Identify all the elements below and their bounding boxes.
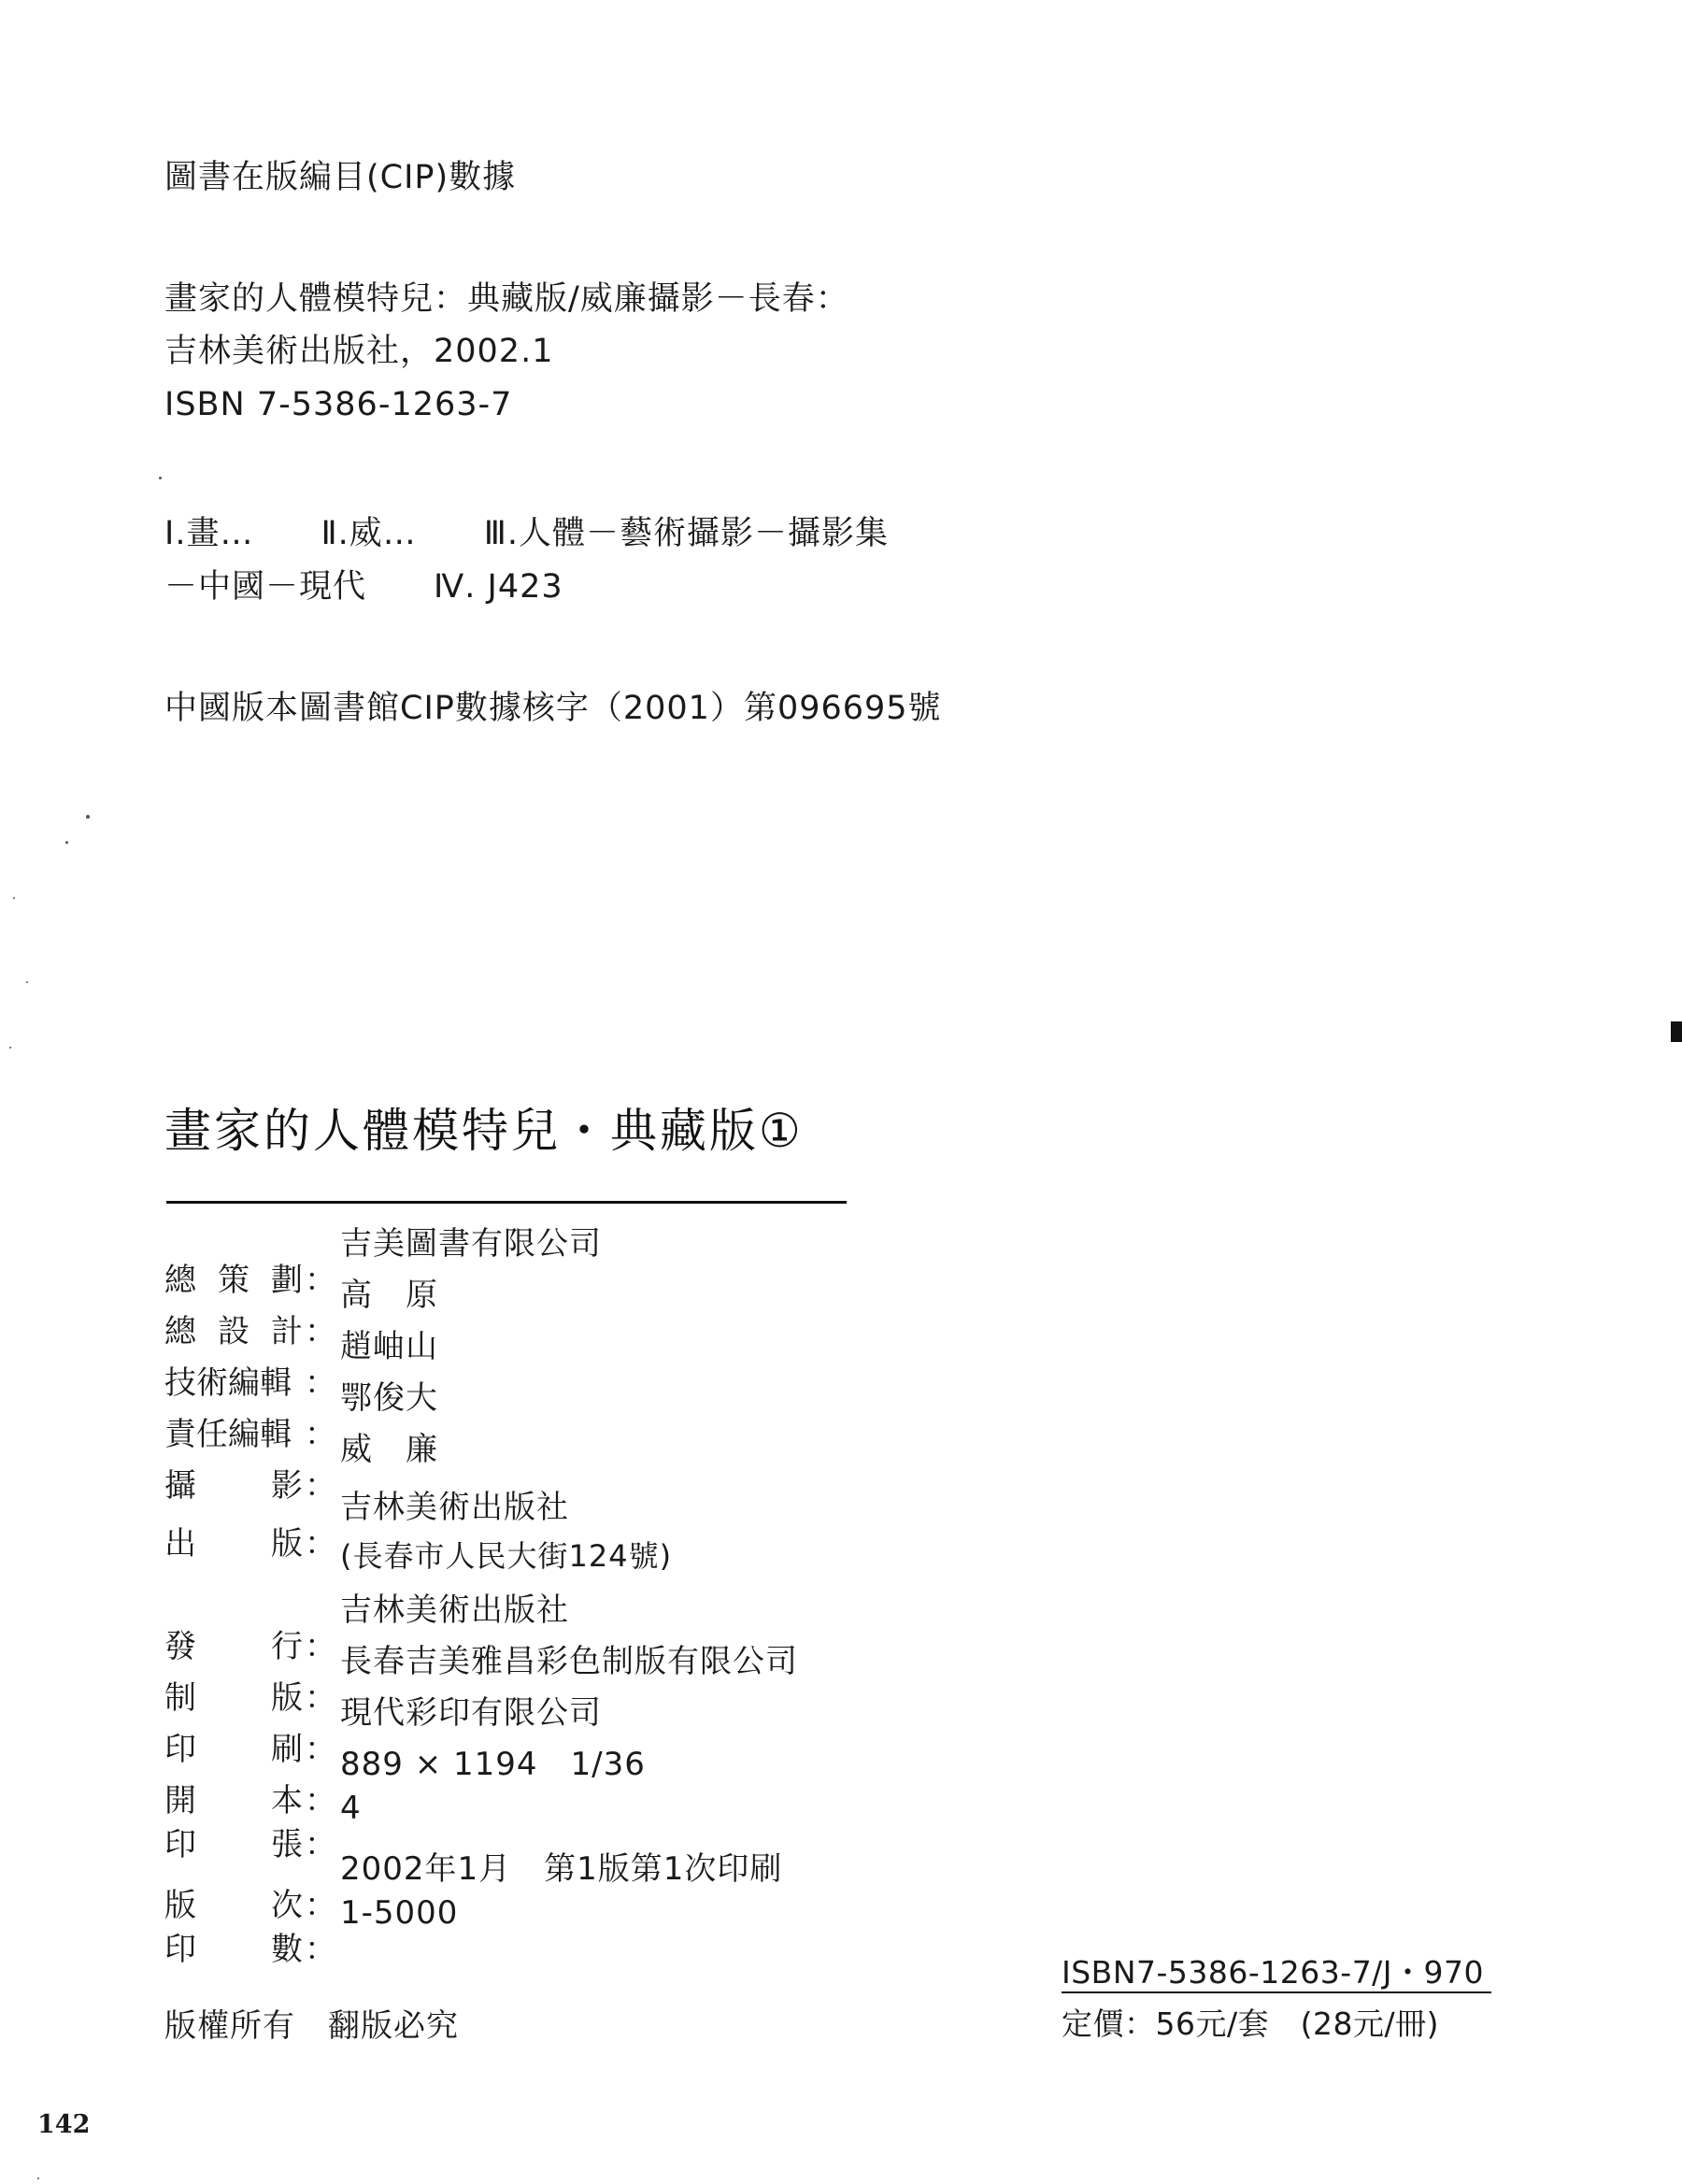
credit-value: 高 原 <box>340 1269 438 1315</box>
credit-row-format: 開 本 ： 889 × 1194 1/36 <box>164 1738 646 1784</box>
cip-subjects-line-1: Ⅰ.畫… Ⅱ.威… Ⅲ.人體－藝術攝影－攝影集 <box>164 507 889 554</box>
credit-row-printing: 印 刷 ： 現代彩印有限公司 <box>164 1687 602 1733</box>
page-number: 142 <box>37 2110 90 2139</box>
credit-row-publisher: 出 版 ： 吉林美術出版社 <box>164 1481 569 1527</box>
speck-mark <box>65 841 68 844</box>
credit-value: 趙岫山 <box>340 1320 438 1366</box>
credit-row-printed-sheets: 印 張 ： 4 <box>164 1790 362 1827</box>
credit-value: 1-5000 <box>340 1894 458 1932</box>
copyright-notice: 版權所有 翻版必究 <box>164 2000 459 2046</box>
credit-value: 889 × 1194 1/36 <box>340 1738 646 1784</box>
cip-verification-number: 中國版本圖書館CIP數據核字（2001）第096695號 <box>164 682 942 729</box>
credit-value: 鄂俊大 <box>340 1372 438 1418</box>
credit-row-technical-editor: 技術編輯 ： 趙岫山 <box>164 1320 438 1366</box>
credit-row-general-design: 總 設 計 ： 高 原 <box>164 1269 438 1315</box>
credit-value: 威 廉 <box>340 1423 438 1469</box>
speck-mark <box>86 815 90 819</box>
price: 定價：56元/套 (28元/冊) <box>1062 2000 1439 2044</box>
speck-mark <box>9 1047 11 1049</box>
credit-value: 2002年1月 第1版第1次印刷 <box>340 1843 782 1889</box>
credit-value: 4 <box>340 1790 362 1827</box>
credit-row-responsible-editor: 責任編輯 ： 鄂俊大 <box>164 1372 438 1418</box>
cip-isbn: ISBN 7-5386-1263-7 <box>164 386 512 423</box>
credit-row-distributor: 發 行 ： 吉林美術出版社 <box>164 1584 569 1630</box>
credit-row-plate-making: 制 版 ： 長春吉美雅昌彩色制版有限公司 <box>164 1635 798 1681</box>
price-divider <box>1062 1991 1491 1993</box>
credit-row-publisher-address: (長春市人民大街124號) <box>164 1533 672 1576</box>
credit-row-print-run: 印 數 ： 1-5000 <box>164 1894 458 1932</box>
speck-mark <box>26 981 28 983</box>
isbn-full: ISBN7-5386-1263-7/J・970 <box>1062 1948 1484 1992</box>
credit-value: 吉林美術出版社 <box>340 1584 569 1630</box>
speck-mark <box>159 477 162 479</box>
cip-subjects-line-2: －中國－現代 Ⅳ. J423 <box>164 561 563 607</box>
credit-row-photography: 攝 影 ： 威 廉 <box>164 1423 438 1469</box>
credit-row-edition: 版 次 ： 2002年1月 第1版第1次印刷 <box>164 1843 782 1889</box>
speck-mark <box>37 2177 39 2179</box>
credit-value: 長春吉美雅昌彩色制版有限公司 <box>340 1635 798 1681</box>
edge-blot-mark <box>1671 1021 1682 1042</box>
credit-value: 現代彩印有限公司 <box>340 1687 602 1733</box>
publisher-address: (長春市人民大街124號) <box>340 1533 672 1576</box>
book-title: 畫家的人體模特兒・典藏版① <box>164 1093 804 1161</box>
title-divider <box>166 1201 847 1204</box>
credit-row-general-planning: 總 策 劃 ： 吉美圖書有限公司 <box>164 1218 602 1263</box>
credit-value: 吉美圖書有限公司 <box>340 1218 602 1263</box>
cip-record-line-2: 吉林美術出版社，2002.1 <box>164 325 553 372</box>
cip-heading: 圖書在版編目(CIP)數據 <box>164 151 516 198</box>
cip-record-line-1: 畫家的人體模特兒：典藏版/威廉攝影－長春： <box>164 273 849 320</box>
credit-value: 吉林美術出版社 <box>340 1481 569 1527</box>
speck-mark <box>13 897 15 899</box>
